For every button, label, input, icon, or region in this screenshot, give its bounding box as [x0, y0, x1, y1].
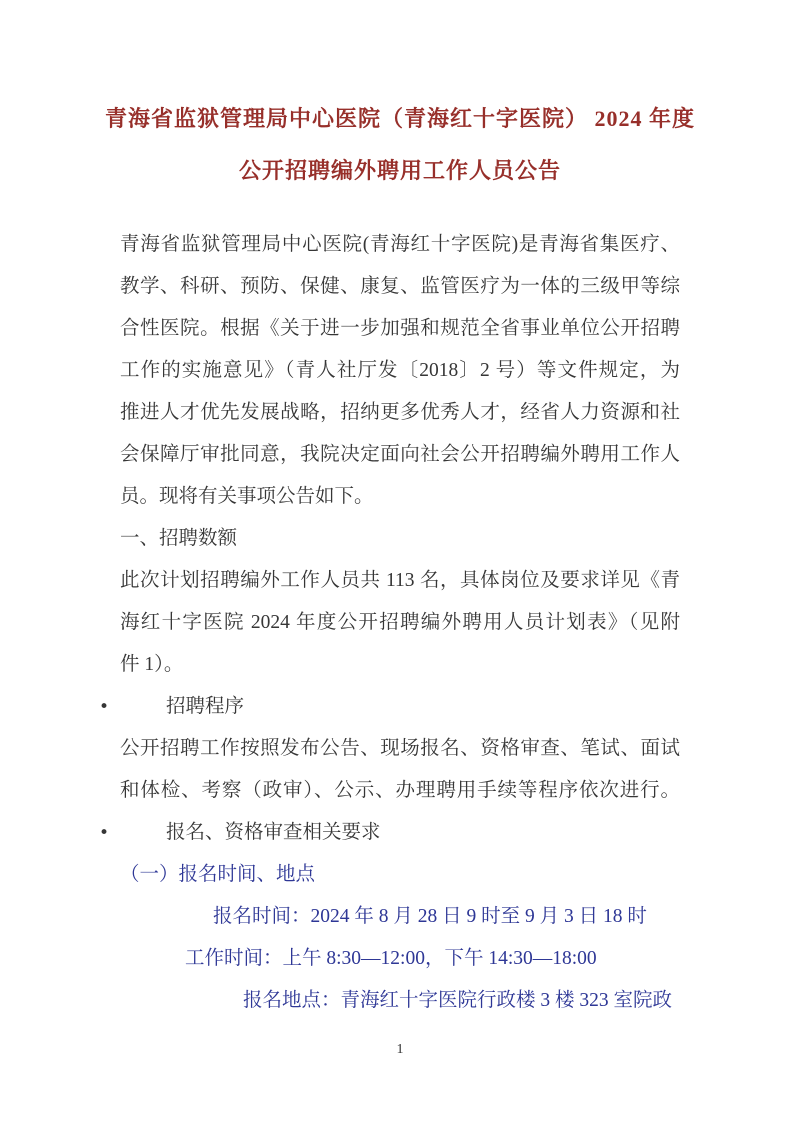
intro-paragraph-line: 员。现将有关事项公告如下。	[120, 476, 680, 518]
quota-paragraph-line: 件 1）。	[120, 644, 680, 686]
intro-paragraph-line: 青海省监狱管理局中心医院(青海红十字医院)是青海省集医疗、	[120, 224, 680, 266]
document-page: 青海省监狱管理局中心医院（青海红十字医院） 2024 年度 公开招聘编外聘用工作…	[0, 0, 800, 1131]
registration-hours-line: 工作时间：上午 8:30—12:00，下午 14:30—18:00	[120, 938, 680, 980]
bullet-icon: •	[99, 686, 109, 728]
document-title-line2: 公开招聘编外聘用工作人员公告	[0, 145, 800, 197]
registration-location-line: 报名地点：青海红十字医院行政楼 3 楼 323 室院政	[120, 980, 680, 1022]
quota-paragraph-line: 海红十字医院 2024 年度公开招聘编外聘用人员计划表》（见附	[120, 602, 680, 644]
intro-paragraph-line: 教学、科研、预防、保健、康复、监管医疗为一体的三级甲等综	[120, 266, 680, 308]
intro-paragraph-line: 推进人才优先发展战略，招纳更多优秀人才，经省人力资源和社	[120, 392, 680, 434]
bullet-icon: •	[99, 812, 109, 854]
intro-paragraph-line: 合性医院。根据《关于进一步加强和规范全省事业单位公开招聘	[120, 308, 680, 350]
document-title: 青海省监狱管理局中心医院（青海红十字医院） 2024 年度 公开招聘编外聘用工作…	[0, 93, 800, 197]
document-body: 青海省监狱管理局中心医院(青海红十字医院)是青海省集医疗、 教学、科研、预防、保…	[120, 224, 680, 1022]
registration-time-line: 报名时间：2024 年 8 月 28 日 9 时至 9 月 3 日 18 时	[120, 896, 680, 938]
bullet-item-recruit-procedure: • 招聘程序	[120, 686, 680, 728]
procedure-paragraph-line: 公开招聘工作按照发布公告、现场报名、资格审查、笔试、面试	[120, 728, 680, 770]
quota-paragraph-line: 此次计划招聘编外工作人员共 113 名，具体岗位及要求详见《青	[120, 560, 680, 602]
procedure-paragraph-line: 和体检、考察（政审）、公示、办理聘用手续等程序依次进行。	[120, 770, 680, 812]
section-heading-recruit-quota: 一、招聘数额	[120, 518, 680, 560]
registration-subheading: （一）报名时间、地点	[120, 854, 680, 896]
intro-paragraph-line: 工作的实施意见》（青人社厅发〔2018〕2 号）等文件规定，为	[120, 350, 680, 392]
bullet-item-registration-review: • 报名、资格审查相关要求	[120, 812, 680, 854]
bullet-item-label: 报名、资格审查相关要求	[120, 822, 381, 843]
page-number: 1	[0, 1042, 800, 1058]
intro-paragraph-line: 会保障厅审批同意，我院决定面向社会公开招聘编外聘用工作人	[120, 434, 680, 476]
bullet-item-label: 招聘程序	[120, 696, 244, 717]
document-title-line1: 青海省监狱管理局中心医院（青海红十字医院） 2024 年度	[0, 93, 800, 145]
